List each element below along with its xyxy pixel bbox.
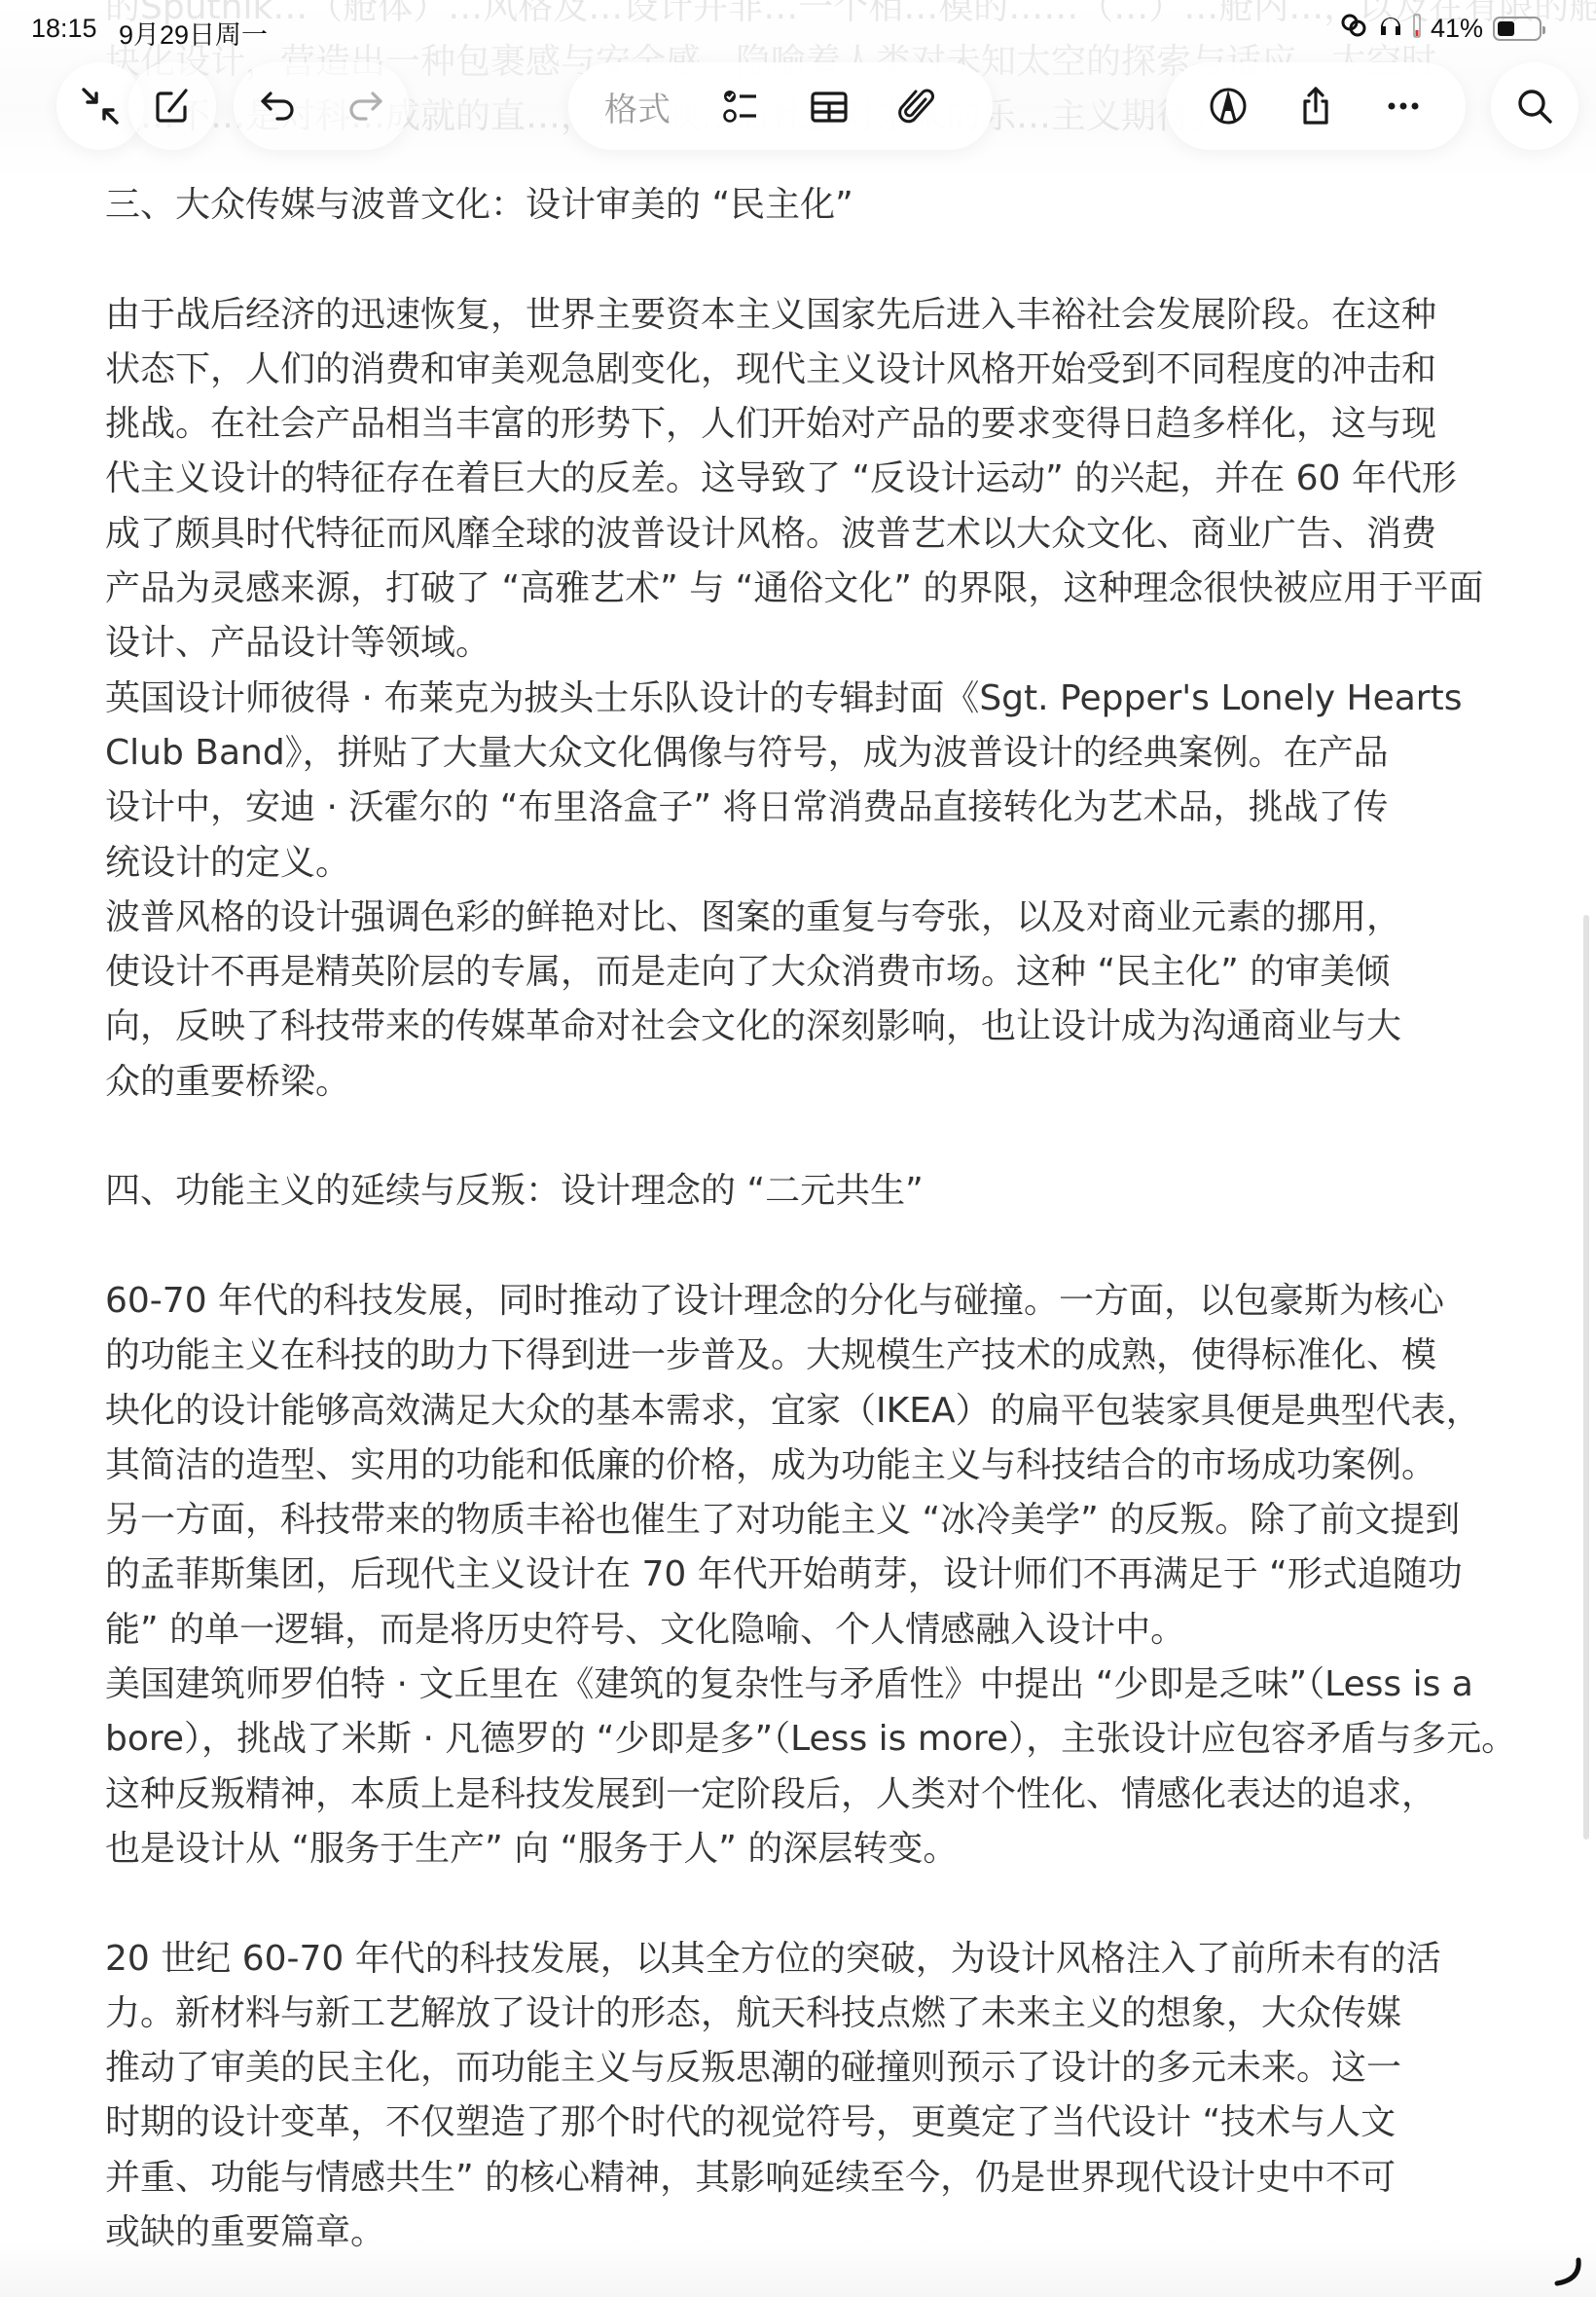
undo-button[interactable] [235, 62, 321, 150]
text-line: 其简洁的造型、实用的功能和低廉的价格，成为功能主义与科技结合的市场成功案例。 [105, 1439, 1506, 1493]
text-line: 能” 的单一逻辑，而是将历史符号、文化隐喻、个人情感融入设计中。 [105, 1603, 1506, 1658]
share-icon [1295, 86, 1336, 127]
text-line: 美国建筑师罗伯特 · 文丘里在《建筑的复杂性与矛盾性》中提出 “少即是乏味”（L… [105, 1658, 1506, 1712]
text-line: 这种反叛精神，本质上是科技发展到一定阶段后，人类对个性化、情感化表达的追求， [105, 1768, 1506, 1822]
checklist-icon [721, 86, 762, 127]
text-line: 成了颇具时代特征而风靡全球的波普设计风格。波普艺术以大众文化、商业广告、消费 [105, 507, 1506, 562]
text-line: 英国设计师彼得 · 布莱克为披头士乐队设计的专辑封面《Sgt. Pepper's… [105, 672, 1506, 726]
undo-redo-pill [234, 62, 409, 150]
markup-pen-icon [1208, 86, 1249, 127]
text-line: 时期的设计变革，不仅塑造了那个时代的视觉符号，更奠定了当代设计 “技术与人文 [105, 2096, 1506, 2150]
battery-cap [1542, 26, 1545, 34]
paragraph-3: 波普风格的设计强调色彩的鲜艳对比、图案的重复与夸张，以及对商业元素的挪用， 使设… [105, 891, 1506, 1110]
status-bar: 18:15 9月29日周一 41% [0, 0, 1596, 58]
redo-button[interactable] [321, 62, 408, 150]
text-line: 由于战后经济的迅速恢复，世界主要资本主义国家先后进入丰裕社会发展阶段。在这种 [105, 288, 1506, 343]
text-line: 设计、产品设计等领域。 [105, 616, 1506, 671]
text-line: 代主义设计的特征存在着巨大的反差。这导致了 “反设计运动” 的兴起，并在 60 … [105, 452, 1506, 506]
compose-button[interactable] [129, 62, 215, 150]
text-line: 众的重要桥梁。 [105, 1055, 1506, 1110]
link-icon [1339, 13, 1368, 45]
text-line: 块化的设计能够高效满足大众的基本需求，宜家（IKEA）的扁平包装家具便是典型代表… [105, 1384, 1506, 1439]
section-heading-3: 三、大众传媒与波普文化：设计审美的 “民主化” [105, 178, 1506, 233]
format-pill: 格式 [568, 62, 993, 150]
paragraph-4: 60-70 年代的科技发展，同时推动了设计理念的分化与碰撞。一方面，以包豪斯为核… [105, 1274, 1506, 1658]
text-line: 并重、功能与情感共生” 的核心精神，其影响延续至今，仍是世界现代设计史中不可 [105, 2151, 1506, 2206]
text-line: 状态下，人们的消费和审美观急剧变化，现代主义设计风格开始受到不同程度的冲击和 [105, 343, 1506, 397]
format-button[interactable]: 格式 [569, 83, 698, 130]
window-resize-corner-icon[interactable] [1551, 2256, 1586, 2289]
search-button[interactable] [1492, 62, 1578, 150]
battery-icon [1493, 17, 1542, 41]
compose-icon [152, 86, 193, 127]
text-line: 另一方面，科技带来的物质丰裕也催生了对功能主义 “冰冷美学” 的反叛。除了前文提… [105, 1493, 1506, 1548]
more-button[interactable] [1360, 62, 1447, 150]
paragraph-1: 由于战后经济的迅速恢复，世界主要资本主义国家先后进入丰裕社会发展阶段。在这种 状… [105, 288, 1506, 672]
table-button[interactable] [785, 62, 873, 150]
text-line: 产品为灵感来源，打破了 “高雅艺术” 与 “通俗文化” 的界限，这种理念很快被应… [105, 562, 1506, 616]
text-line: 向，反映了科技带来的传媒革命对社会文化的深刻影响，也让设计成为沟通商业与大 [105, 1000, 1506, 1054]
status-indicators: 41% [1339, 12, 1542, 46]
undo-icon [258, 86, 299, 127]
bottom-fade-overlay [0, 2239, 1596, 2297]
search-pill [1491, 62, 1578, 150]
vertical-scrollbar[interactable] [1583, 915, 1589, 1840]
text-line: 力。新材料与新工艺解放了设计的形态，航天科技点燃了未来主义的想象，大众传媒 [105, 1987, 1506, 2041]
actions-pill [1166, 62, 1466, 150]
collapse-arrows-icon [80, 86, 121, 127]
note-document[interactable]: 三、大众传媒与波普文化：设计审美的 “民主化” 由于战后经济的迅速恢复，世界主要… [105, 178, 1506, 2260]
paragraph-5: 美国建筑师罗伯特 · 文丘里在《建筑的复杂性与矛盾性》中提出 “少即是乏味”（L… [105, 1658, 1506, 1877]
battery-percent: 41% [1431, 14, 1483, 44]
paragraph-6: 20 世纪 60-70 年代的科技发展，以其全方位的突破，为设计风格注入了前所未… [105, 1932, 1506, 2261]
status-date: 9月29日周一 [119, 14, 268, 52]
blank-line [105, 1220, 1506, 1274]
attachment-button[interactable] [873, 62, 961, 150]
text-line: 统设计的定义。 [105, 836, 1506, 891]
headphone-battery-icon [1413, 12, 1421, 46]
headphones-icon [1378, 12, 1403, 46]
text-line: bore），挑战了米斯 · 凡德罗的 “少即是多”（Less is more），… [105, 1712, 1506, 1767]
search-icon [1514, 86, 1555, 127]
text-line: 设计中，安迪 · 沃霍尔的 “布里洛盒子” 将日常消费品直接转化为艺术品，挑战了… [105, 781, 1506, 835]
text-line: 60-70 年代的科技发展，同时推动了设计理念的分化与碰撞。一方面，以包豪斯为核… [105, 1274, 1506, 1329]
status-time: 18:15 [31, 14, 97, 44]
more-icon [1383, 86, 1424, 127]
markup-button[interactable] [1184, 62, 1272, 150]
text-line: 的孟菲斯集团，后现代主义设计在 70 年代开始萌芽，设计师们不再满足于 “形式追… [105, 1548, 1506, 1602]
text-line: 的功能主义在科技的助力下得到进一步普及。大规模生产技术的成熟，使得标准化、模 [105, 1329, 1506, 1383]
compose-button-pill [128, 62, 216, 150]
text-line: 推动了审美的民主化，而功能主义与反叛思潮的碰撞则预示了设计的多元未来。这一 [105, 2041, 1506, 2096]
text-line: 使设计不再是精英阶层的专属，而是走向了大众消费市场。这种 “民主化” 的审美倾 [105, 945, 1506, 1000]
battery-level [1498, 21, 1514, 36]
text-line: 波普风格的设计强调色彩的鲜艳对比、图案的重复与夸张，以及对商业元素的挪用， [105, 891, 1506, 945]
editor-toolbar: 格式 [0, 62, 1596, 150]
share-button[interactable] [1272, 62, 1360, 150]
section-heading-4: 四、功能主义的延续与反叛：设计理念的 “二元共生” [105, 1164, 1506, 1219]
table-icon [809, 86, 850, 127]
blank-line [105, 233, 1506, 287]
paperclip-icon [896, 86, 937, 127]
blank-line [105, 1877, 1506, 1931]
checklist-button[interactable] [698, 62, 785, 150]
blank-line [105, 1110, 1506, 1164]
text-line: 20 世纪 60-70 年代的科技发展，以其全方位的突破，为设计风格注入了前所未… [105, 1932, 1506, 1987]
paragraph-2: 英国设计师彼得 · 布莱克为披头士乐队设计的专辑封面《Sgt. Pepper's… [105, 672, 1506, 891]
text-line: Club Band》，拼贴了大量大众文化偶像与符号，成为波普设计的经典案例。在产… [105, 726, 1506, 781]
text-line: 也是设计从 “服务于生产” 向 “服务于人” 的深层转变。 [105, 1822, 1506, 1877]
redo-icon [345, 86, 385, 127]
text-line: 挑战。在社会产品相当丰富的形势下，人们开始对产品的要求变得日趋多样化，这与现 [105, 397, 1506, 452]
